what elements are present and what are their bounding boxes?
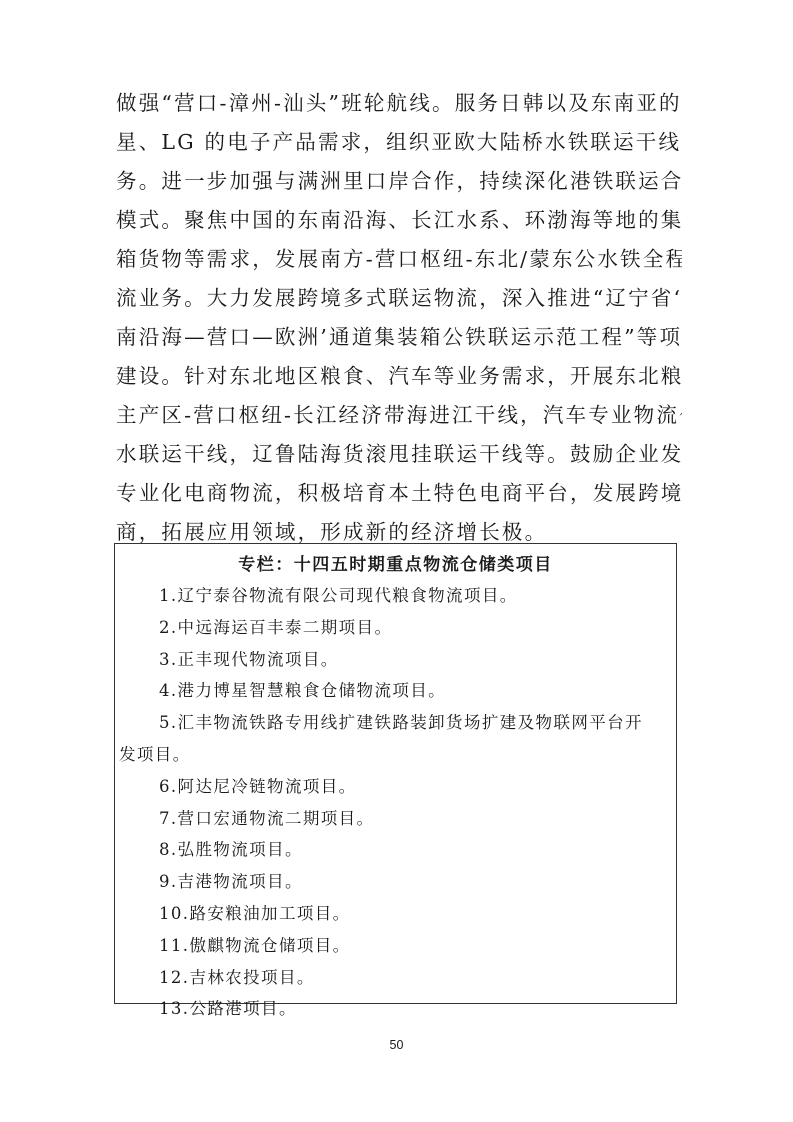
project-list-item: 4.港力博星智慧粮食仓储物流项目。 [115,675,676,707]
project-list-item: 9.吉港物流项目。 [115,866,676,898]
project-list-item: 5.汇丰物流铁路专用线扩建铁路装卸货场扩建及物联网平台开 [115,707,676,739]
project-list-item: 8.弘胜物流项目。 [115,834,676,866]
project-column-box: 专栏：十四五时期重点物流仓储类项目 1.辽宁泰谷物流有限公司现代粮食物流项目。 … [114,543,677,1004]
paragraph-line: 南沿海—营口—欧洲’通道集装箱公铁联运示范工程”等项目 [116,318,682,357]
project-list-item: 2.中远海运百丰泰二期项目。 [115,612,676,644]
paragraph-line: 水联运干线，辽鲁陆海货滚甩挂联运干线等。鼓励企业发展 [116,435,682,474]
paragraph-line: 建设。针对东北地区粮食、汽车等业务需求，开展东北粮食 [116,357,682,396]
column-box-title: 专栏：十四五时期重点物流仓储类项目 [115,550,676,575]
project-list-item: 12.吉林农投项目。 [115,962,676,994]
project-list: 1.辽宁泰谷物流有限公司现代粮食物流项目。 2.中远海运百丰泰二期项目。 3.正… [115,580,676,1025]
project-list-item: 13.公路港项目。 [115,993,676,1025]
project-list-item: 1.辽宁泰谷物流有限公司现代粮食物流项目。 [115,580,676,612]
paragraph-line: 模式。聚焦中国的东南沿海、长江水系、环渤海等地的集装 [116,201,682,240]
project-list-item: 3.正丰现代物流项目。 [115,644,676,676]
paragraph-line: 主产区-营口枢纽-长江经济带海进江干线，汽车专业物流公 [116,396,682,435]
paragraph-line: 箱货物等需求，发展南方-营口枢纽-东北/蒙东公水铁全程物 [116,240,682,279]
project-list-item-continuation: 发项目。 [115,739,676,771]
paragraph-line: 务。进一步加强与满洲里口岸合作，持续深化港铁联运合作 [116,162,682,201]
project-list-item: 6.阿达尼冷链物流项目。 [115,771,676,803]
project-list-item: 10.路安粮油加工项目。 [115,898,676,930]
body-paragraph: 做强“营口-漳州-汕头”班轮航线。服务日韩以及东南亚的三 星、LG 的电子产品需… [116,84,682,552]
paragraph-line: 星、LG 的电子产品需求，组织亚欧大陆桥水铁联运干线业 [116,123,682,162]
project-list-item: 11.傲麒物流仓储项目。 [115,930,676,962]
paragraph-line: 专业化电商物流，积极培育本土特色电商平台，发展跨境电 [116,474,682,513]
paragraph-line: 流业务。大力发展跨境多式联运物流，深入推进“辽宁省‘东 [116,279,682,318]
paragraph-line: 做强“营口-漳州-汕头”班轮航线。服务日韩以及东南亚的三 [116,84,682,123]
page-number: 50 [0,1038,793,1052]
project-list-item: 7.营口宏通物流二期项目。 [115,803,676,835]
